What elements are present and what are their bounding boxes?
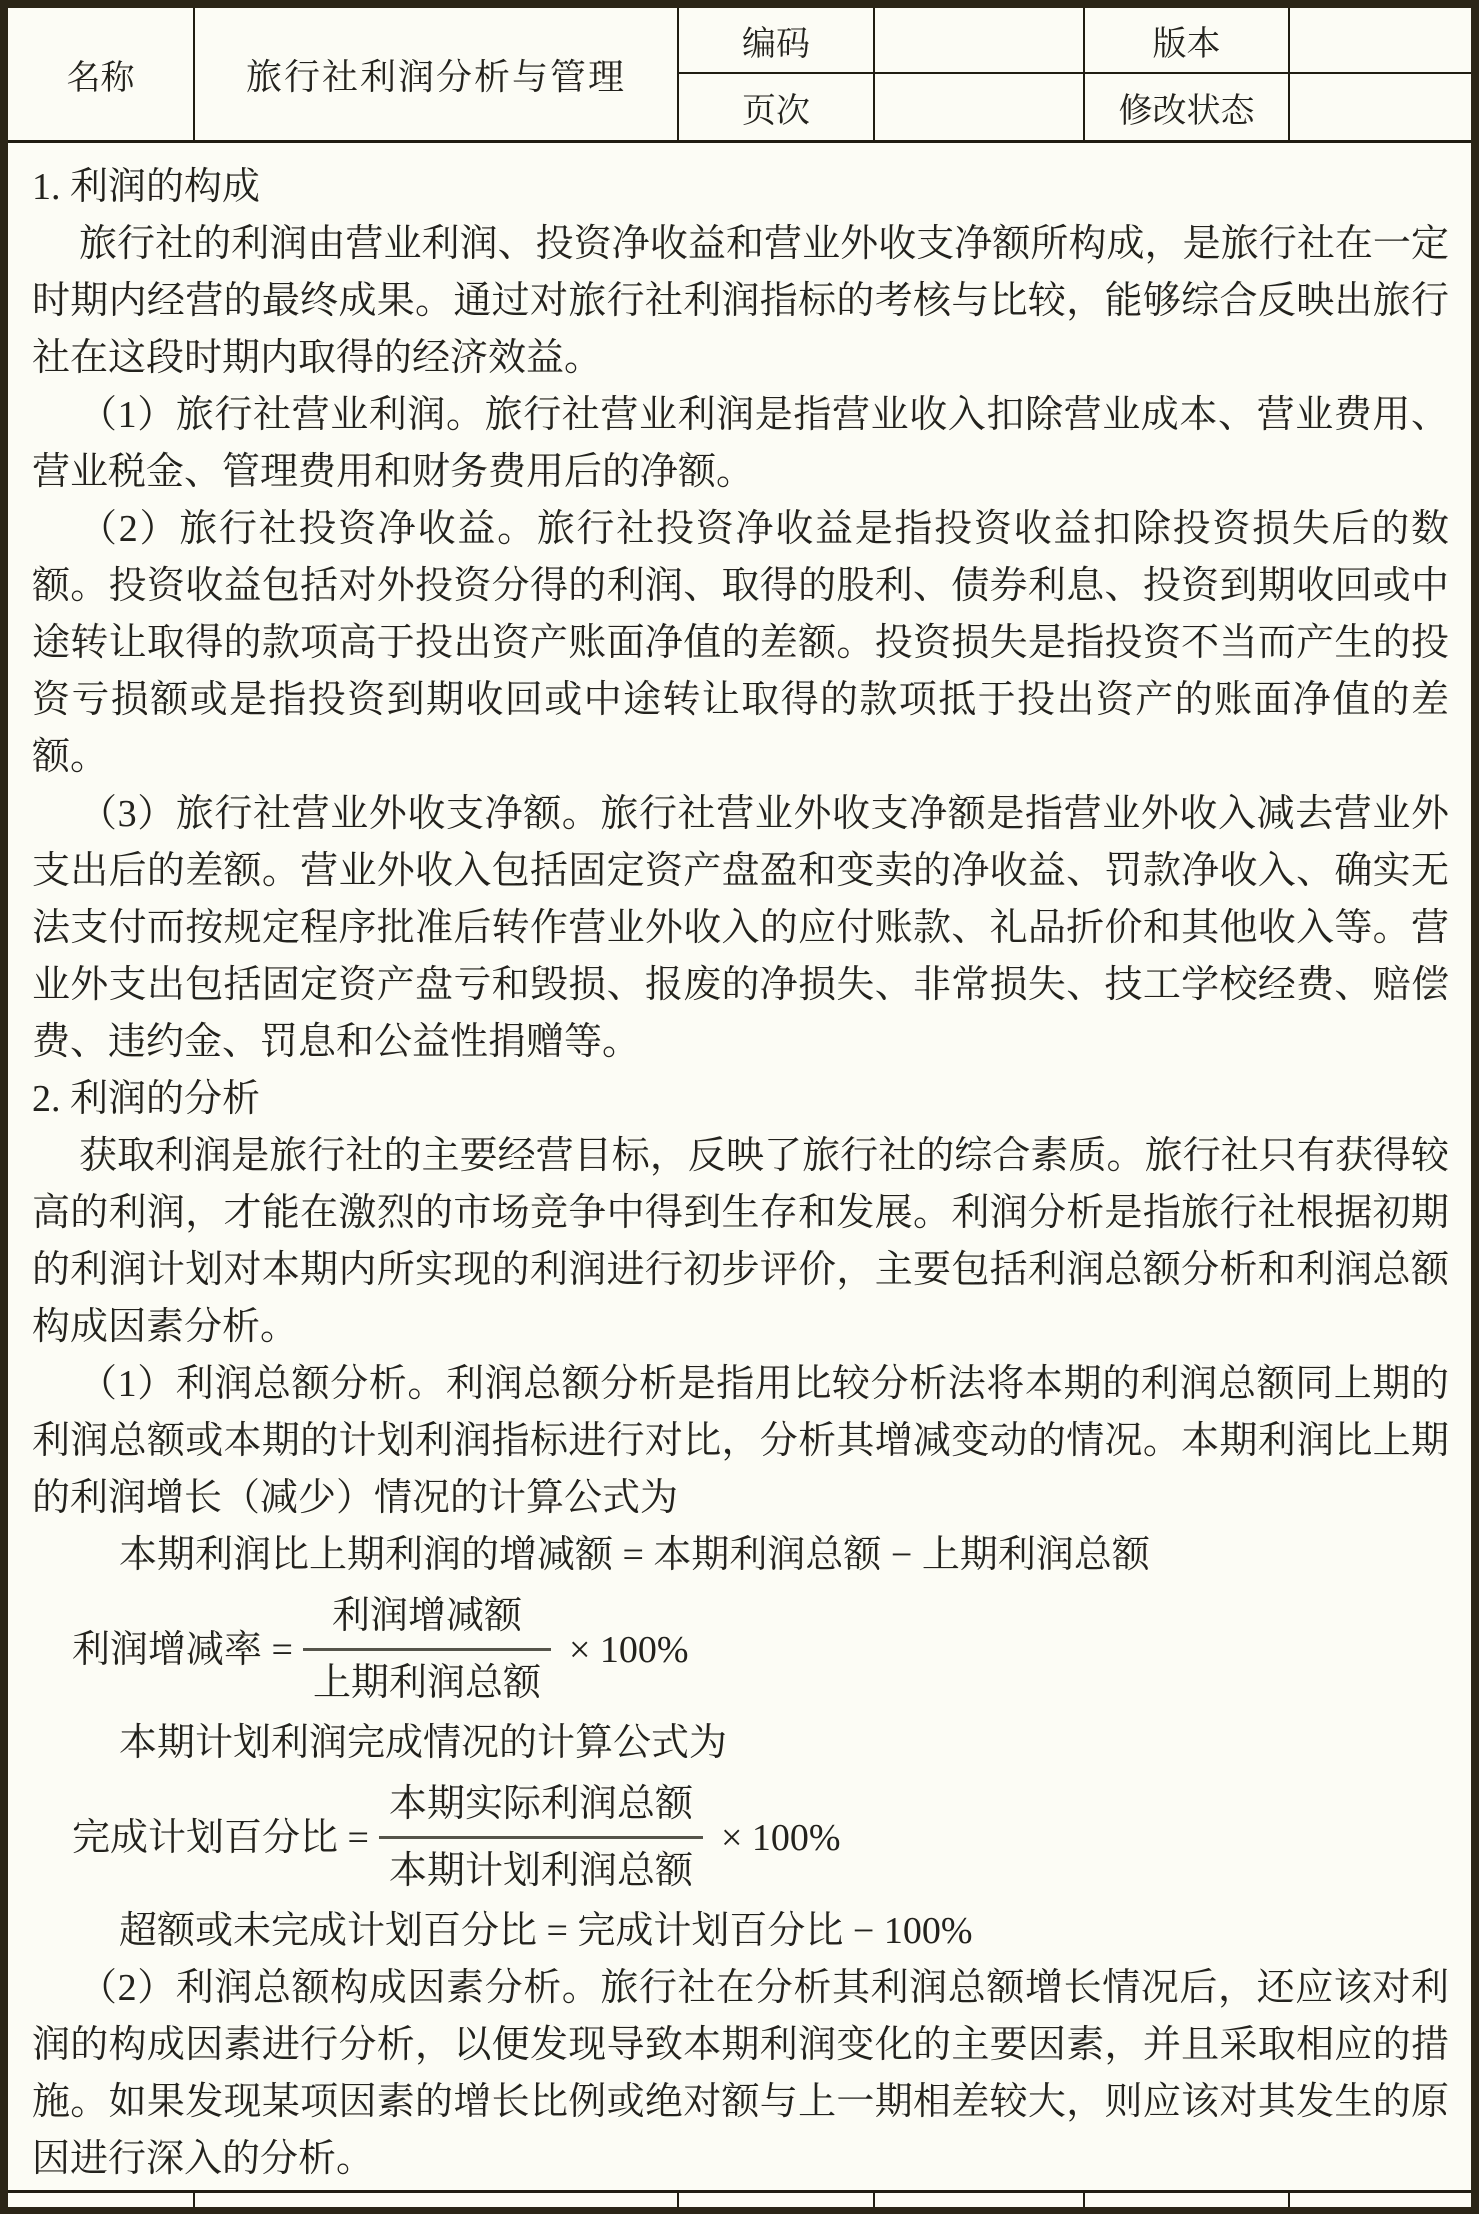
formula-lhs: 完成计划百分比 = bbox=[72, 1814, 369, 1862]
fraction-numerator: 利润增减额 bbox=[303, 1592, 551, 1648]
code-value-cell bbox=[873, 8, 1083, 74]
next-table-row-sliver bbox=[8, 2190, 1471, 2207]
paragraph: 旅行社的利润由营业利润、投资净收益和营业外收支净额所构成，是旅行社在一定时期内经… bbox=[32, 216, 1449, 387]
formula-suffix: × 100% bbox=[569, 1626, 689, 1674]
document-title-cell: 旅行社利润分析与管理 bbox=[193, 8, 677, 140]
fraction-denominator: 上期利润总额 bbox=[303, 1648, 551, 1707]
profit-rate-formula: 利润增减率 = 利润增减额 上期利润总额 × 100% bbox=[32, 1592, 1449, 1707]
document-header-table: 名称 旅行社利润分析与管理 编码 版本 页次 修改状态 bbox=[8, 8, 1471, 143]
name-label-cell: 名称 bbox=[8, 8, 193, 140]
formula-suffix: × 100% bbox=[721, 1814, 841, 1862]
version-label-cell: 版本 bbox=[1083, 8, 1288, 74]
status-value-cell bbox=[1288, 74, 1471, 140]
plan-completion-intro: 本期计划利润完成情况的计算公式为 bbox=[32, 1715, 1449, 1772]
scanned-document-page: 名称 旅行社利润分析与管理 编码 版本 页次 修改状态 1. 利润的构成 旅行社… bbox=[0, 0, 1479, 2214]
fraction: 本期实际利润总额 本期计划利润总额 bbox=[379, 1780, 703, 1895]
status-label-cell: 修改状态 bbox=[1083, 74, 1288, 140]
paragraph: （3）旅行社营业外收支净额。旅行社营业外收支净额是指营业外收入减去营业外支出后的… bbox=[32, 786, 1449, 1071]
paragraph: （1）利润总额分析。利润总额分析是指用比较分析法将本期的利润总额同上期的利润总额… bbox=[32, 1356, 1449, 1527]
page-value-cell bbox=[873, 74, 1083, 140]
paper-sheet: 名称 旅行社利润分析与管理 编码 版本 页次 修改状态 1. 利润的构成 旅行社… bbox=[8, 8, 1471, 2207]
code-label-cell: 编码 bbox=[677, 8, 873, 74]
paragraph: （2）旅行社投资净收益。旅行社投资净收益是指投资收益扣除投资损失后的数额。投资收… bbox=[32, 501, 1449, 786]
profit-increase-formula: 本期利润比上期利润的增减额 = 本期利润总额 − 上期利润总额 bbox=[32, 1527, 1449, 1584]
fraction-numerator: 本期实际利润总额 bbox=[379, 1780, 703, 1836]
over-under-plan-formula: 超额或未完成计划百分比 = 完成计划百分比 − 100% bbox=[32, 1903, 1449, 1960]
section1-heading: 1. 利润的构成 bbox=[32, 159, 1449, 216]
paragraph: （1）旅行社营业利润。旅行社营业利润是指营业收入扣除营业成本、营业费用、营业税金… bbox=[32, 387, 1449, 501]
formula-lhs: 利润增减率 = bbox=[72, 1626, 293, 1674]
paragraph: 获取利润是旅行社的主要经营目标，反映了旅行社的综合素质。旅行社只有获得较高的利润… bbox=[32, 1128, 1449, 1356]
plan-completion-formula: 完成计划百分比 = 本期实际利润总额 本期计划利润总额 × 100% bbox=[32, 1780, 1449, 1895]
fraction-denominator: 本期计划利润总额 bbox=[379, 1836, 703, 1895]
page-label-cell: 页次 bbox=[677, 74, 873, 140]
version-value-cell bbox=[1288, 8, 1471, 74]
document-body: 1. 利润的构成 旅行社的利润由营业利润、投资净收益和营业外收支净额所构成，是旅… bbox=[8, 143, 1471, 2193]
paragraph: （2）利润总额构成因素分析。旅行社在分析其利润总额增长情况后，还应该对利润的构成… bbox=[32, 1960, 1449, 2188]
fraction: 利润增减额 上期利润总额 bbox=[303, 1592, 551, 1707]
section2-heading: 2. 利润的分析 bbox=[32, 1071, 1449, 1128]
